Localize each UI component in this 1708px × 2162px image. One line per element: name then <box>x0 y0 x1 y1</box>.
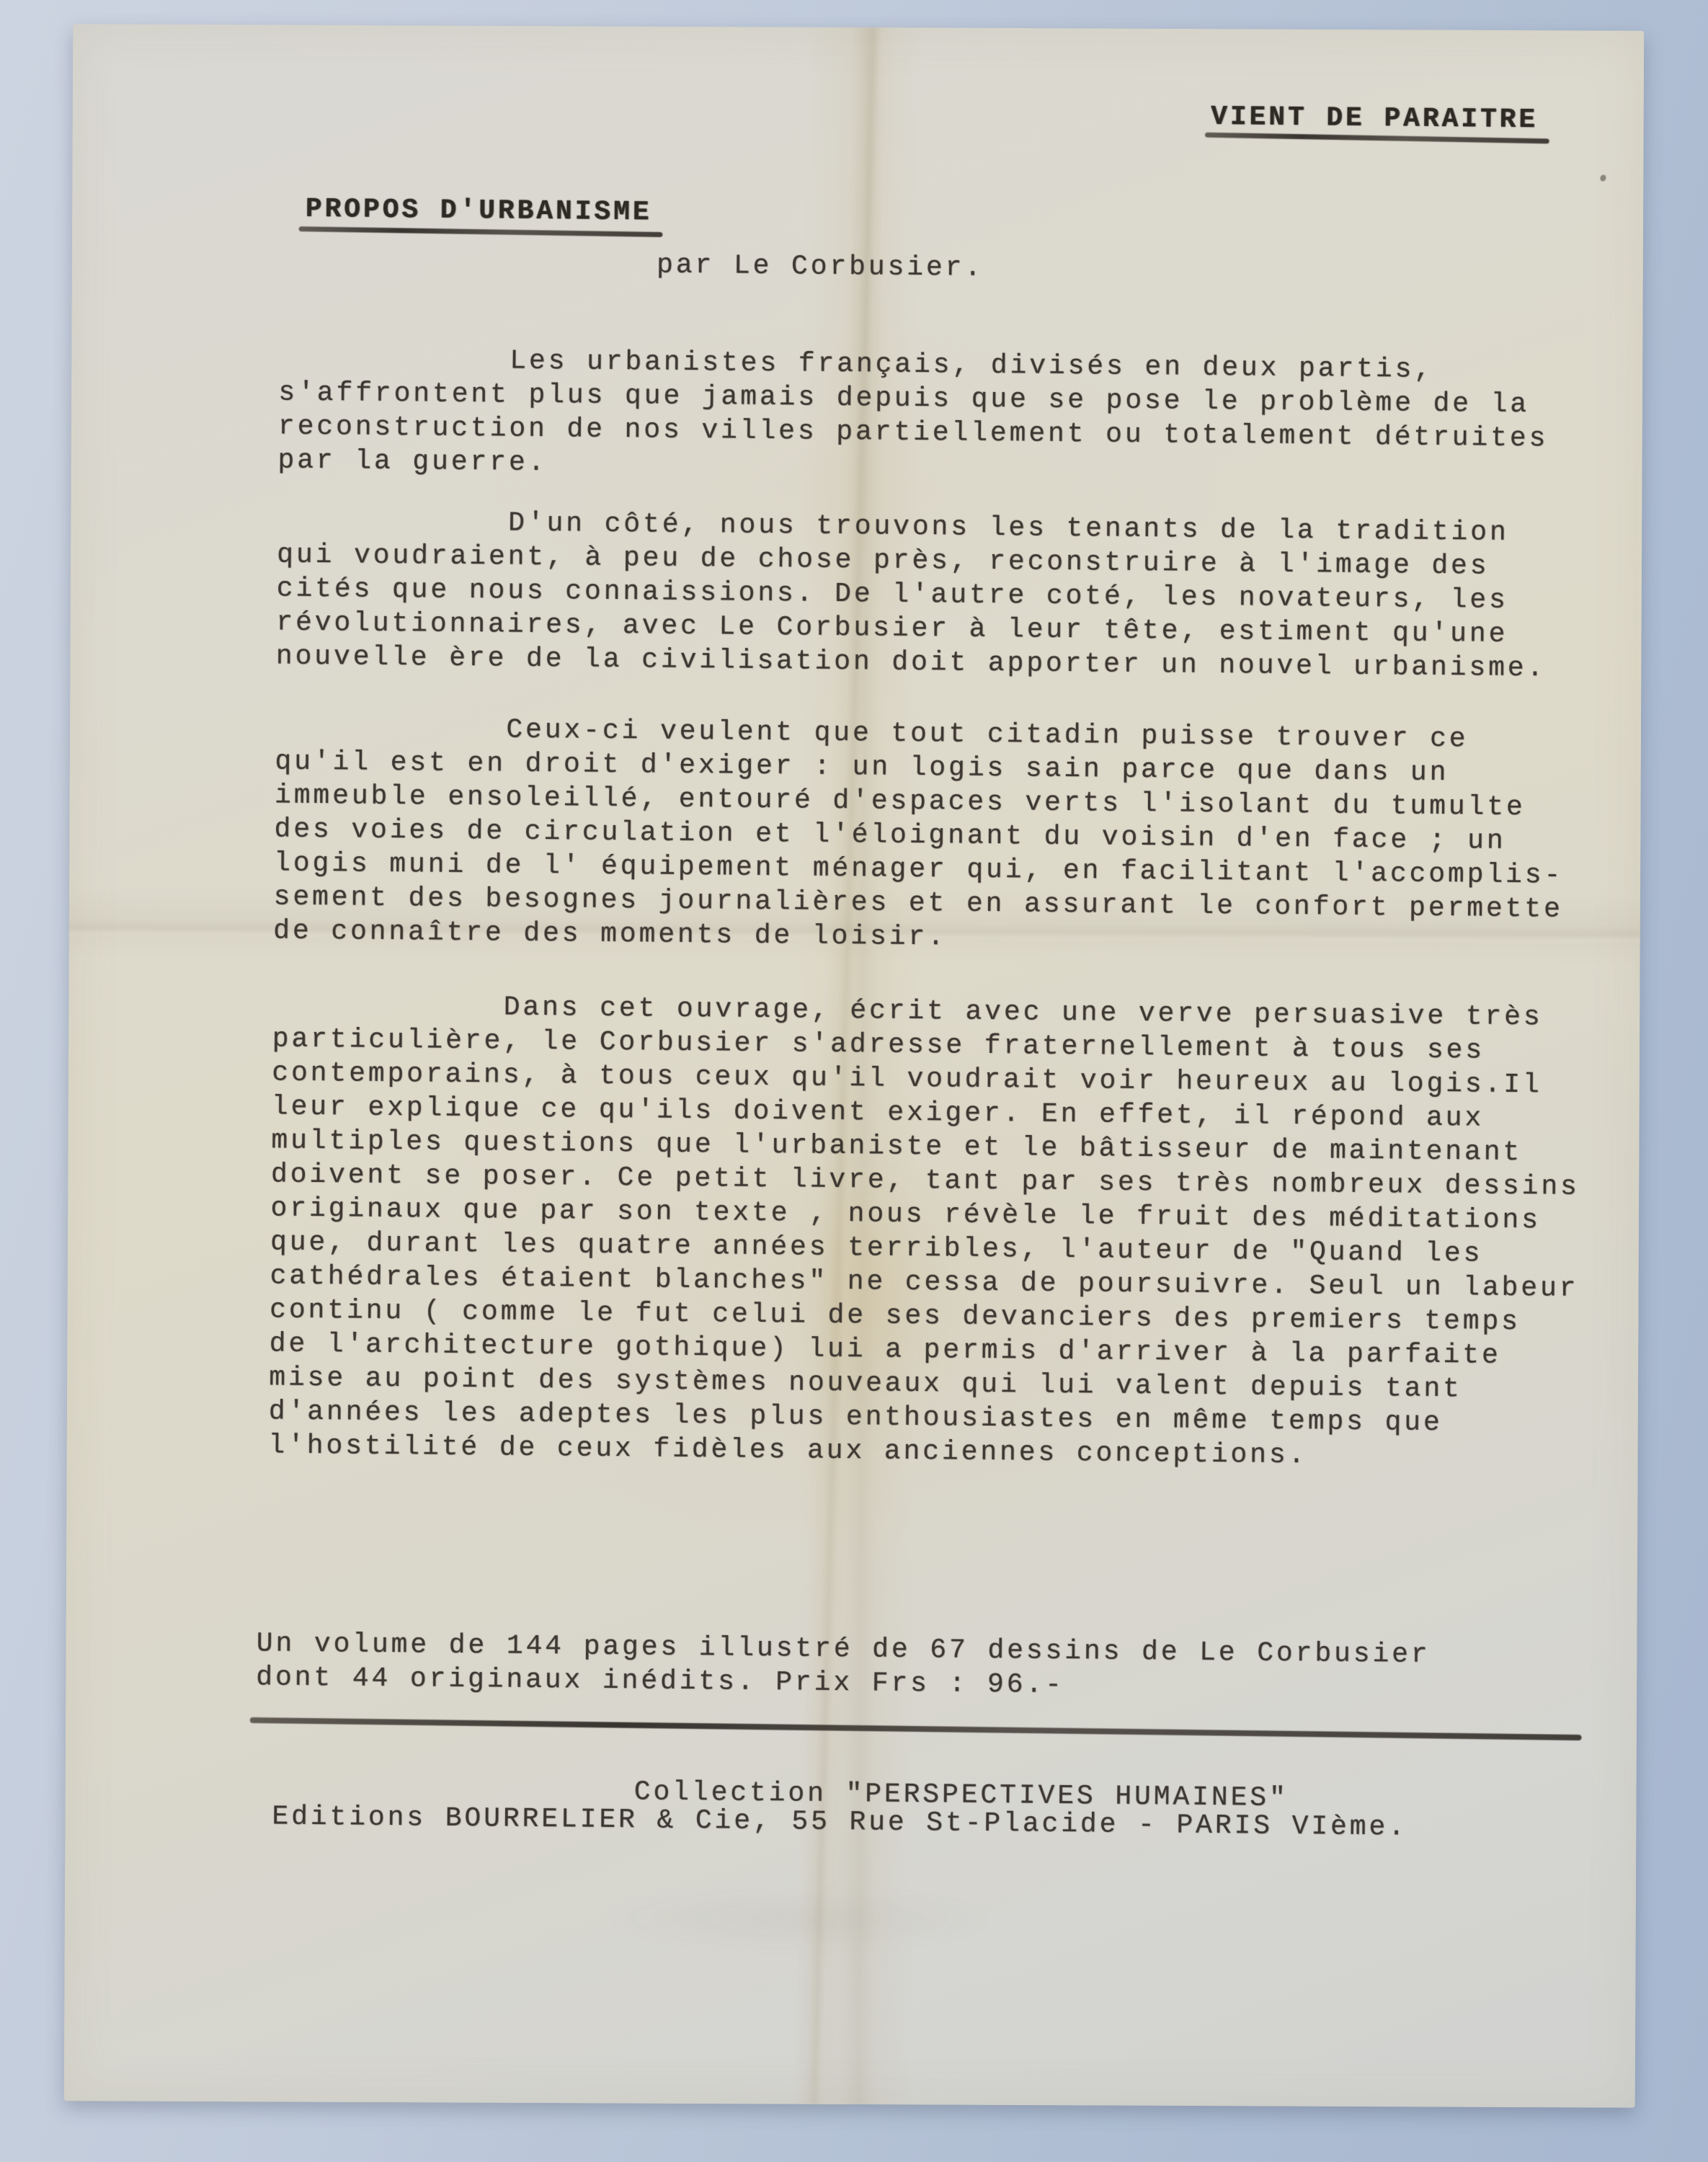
document-content: VIENT DE PARAITRE PROPOS D'URBANISME par… <box>53 23 1645 2115</box>
paragraph-1: Les urbanistes français, divisés en deux… <box>277 342 1549 489</box>
edition-note: Un volume de 144 pages illustré de 67 de… <box>256 1627 1431 1706</box>
document-title: PROPOS D'URBANISME <box>306 192 652 230</box>
stamp-vient-de-paraitre: VIENT DE PARAITRE <box>1211 100 1538 137</box>
paragraph-3: Ceux-ci veulent que tout citadin puisse … <box>273 711 1565 960</box>
document-paper: VIENT DE PARAITRE PROPOS D'URBANISME par… <box>64 24 1645 2107</box>
paragraph-2: D'un côté, nous trouvons les tenants de … <box>276 504 1548 685</box>
paragraph-4: Dans cet ouvrage, écrit avec une verve p… <box>268 988 1581 1474</box>
typed-divider-rule <box>250 1717 1582 1740</box>
byline: par Le Corbusier. <box>657 248 984 285</box>
